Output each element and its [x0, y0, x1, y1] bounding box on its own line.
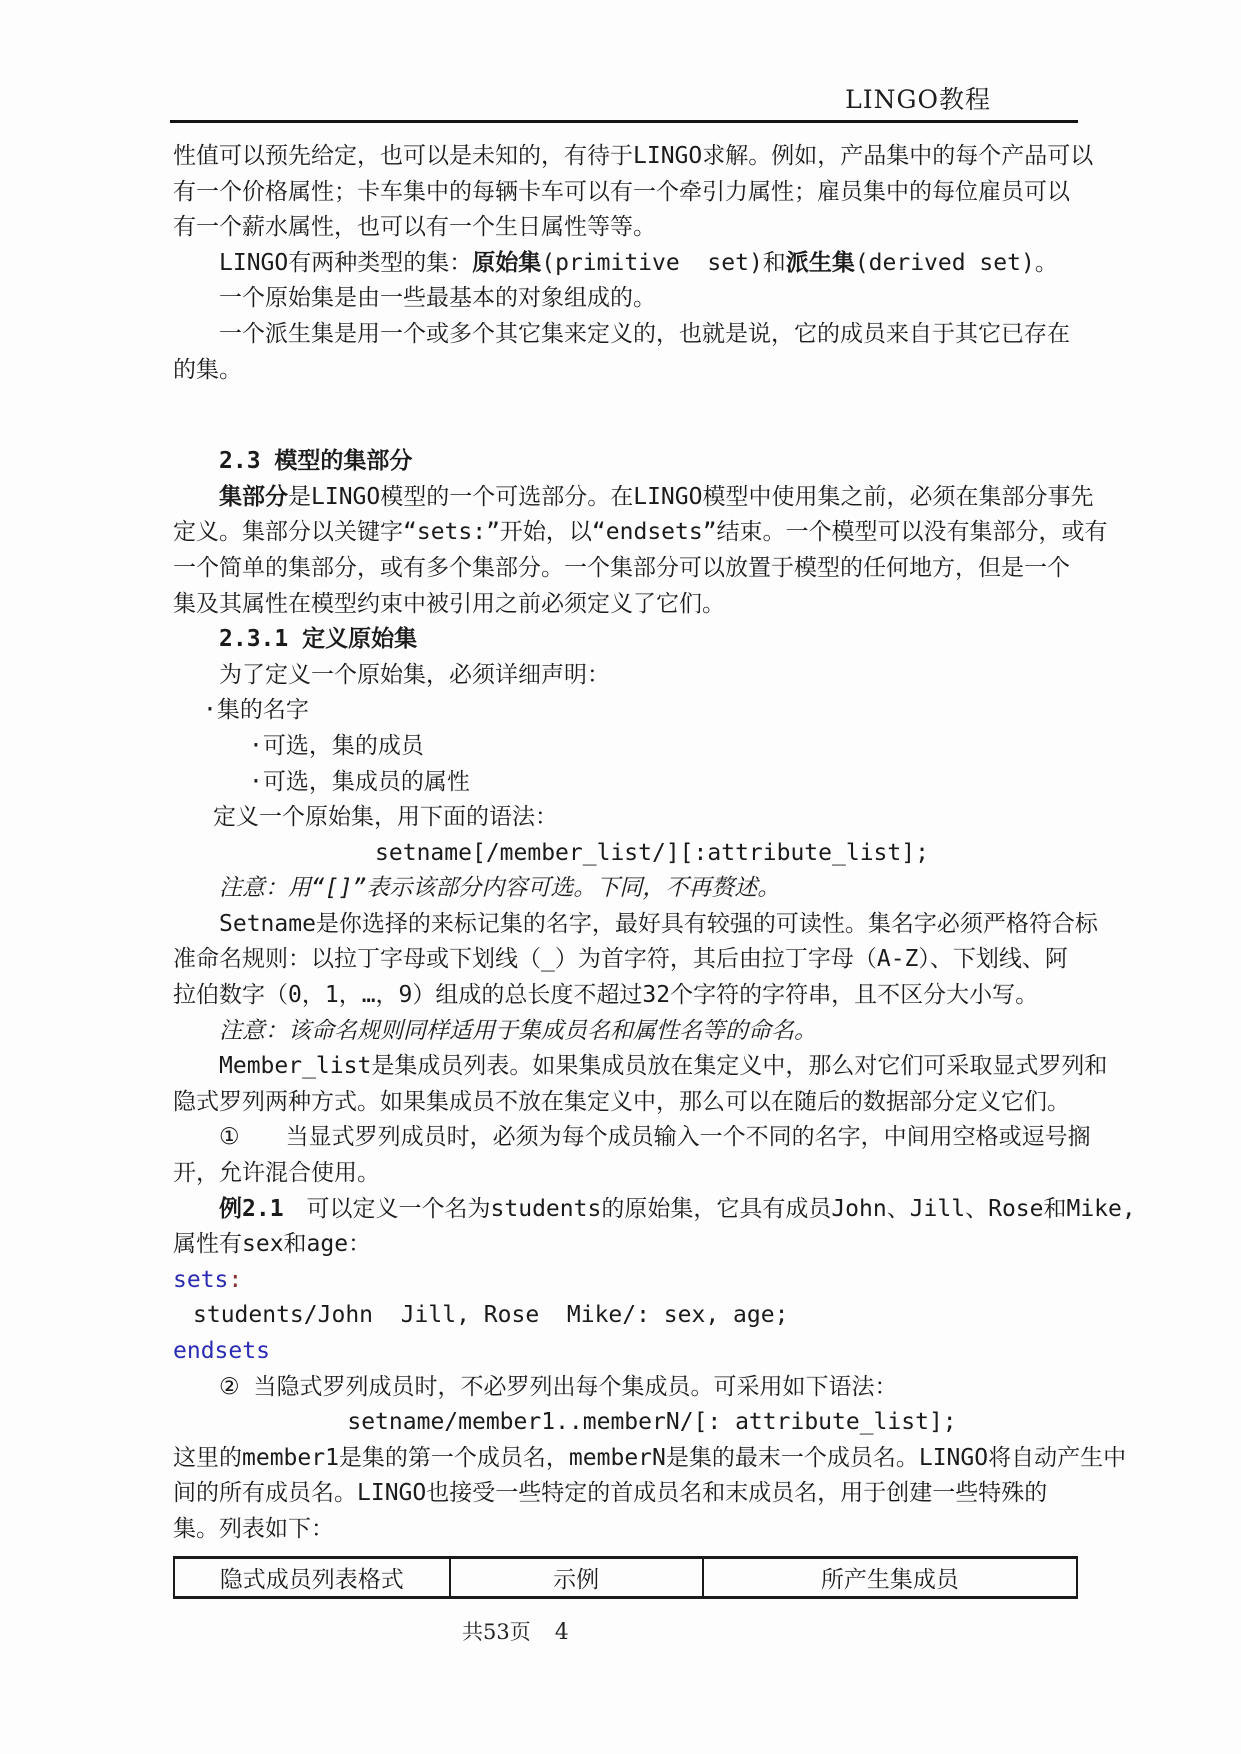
item-explicit-list-1: ① 当显式罗列成员时，必须为每个成员输入一个不同的名字，中间用空格或逗号搁	[173, 1120, 1081, 1156]
text-segment: 拉伯数字（0，1，…，9）组成的总长度不超过32个字符的字符串，且不区分大小写。	[173, 982, 1038, 1008]
text-segment: Setname是你选择的来标记集的名字，最好具有较强的可读性。集名字必须严格符合…	[219, 911, 1098, 937]
para-set-section-3: 一个简单的集部分，或有多个集部分。一个集部分可以放置于模型的任何地方，但是一个	[173, 551, 1081, 587]
text-segment: 的集。	[173, 357, 242, 383]
text-segment: 准命名规则：以拉丁字母或下划线（_）为首字符，其后由拉丁字母（A-Z）、下划线、…	[173, 946, 1068, 972]
para-member-list-1: Member_list是集成员列表。如果集成员放在集定义中，那么对它们可采取显式…	[173, 1049, 1081, 1085]
para-derived-set-1: 一个派生集是用一个或多个其它集来定义的，也就是说，它的成员来自于其它已存在	[173, 317, 1081, 353]
text-segment: ·可选，集的成员	[249, 733, 424, 759]
blank-line	[173, 388, 1081, 444]
para-set-section-1: 集部分是LINGO模型的一个可选部分。在LINGO模型中使用集之前，必须在集部分…	[173, 480, 1081, 516]
table-header-example: 示例	[450, 1557, 703, 1597]
note-naming-rule: 注意：该命名规则同样适用于集成员名和属性名等的命名。	[173, 1014, 1081, 1050]
table-header-format: 隐式成员列表格式	[174, 1557, 450, 1597]
text-segment: 一个简单的集部分，或有多个集部分。一个集部分可以放置于模型的任何地方，但是一个	[173, 555, 1070, 581]
text-segment: ·可选，集成员的属性	[249, 769, 470, 795]
text-segment: (primitive set)和	[541, 250, 786, 276]
text-segment: 集。列表如下：	[173, 1516, 334, 1542]
text-segment: LINGO有两种类型的集：	[219, 250, 472, 276]
para-setname-1: Setname是你选择的来标记集的名字，最好具有较强的可读性。集名字必须严格符合…	[173, 907, 1081, 943]
para-set-types: LINGO有两种类型的集：原始集(primitive set)和派生集(deri…	[173, 246, 1081, 282]
syntax-primitive-set: setname[/member_list/][:attribute_list];	[173, 836, 1081, 872]
para-setname-2: 准命名规则：以拉丁字母或下划线（_）为首字符，其后由拉丁字母（A-Z）、下划线、…	[173, 942, 1081, 978]
note-optional-brackets: 注意：用“[]”表示该部分内容可选。下同，不再赘述。	[173, 871, 1081, 907]
text-segment: 注意：用“[]”表示该部分内容可选。下同，不再赘述。	[219, 875, 780, 901]
para-member-list-2: 隐式罗列两种方式。如果集成员不放在集定义中，那么可以在随后的数据部分定义它们。	[173, 1085, 1081, 1121]
bullet-set-name: ·集的名字	[173, 693, 1081, 729]
code-endsets: endsets	[173, 1334, 1081, 1370]
para-implicit-2: 间的所有成员名。LINGO也接受一些特定的首成员名和末成员名，用于创建一些特殊的	[173, 1476, 1081, 1512]
text-segment: students/John Jill, Rose Mike/: sex, age…	[193, 1302, 788, 1328]
text-segment: ② 当隐式罗列成员时，不必罗列出每个集成员。可采用如下语法：	[219, 1374, 897, 1400]
para-attr-line-1: 性值可以预先给定，也可以是未知的，有待于LINGO求解。例如，产品集中的每个产品…	[173, 139, 1081, 175]
text-segment: 2.3 模型的集部分	[219, 448, 412, 474]
para-set-section-2: 定义。集部分以关键字“sets:”开始，以“endsets”结束。一个模型可以没…	[173, 515, 1081, 551]
para-define-intro: 为了定义一个原始集，必须详细声明：	[173, 658, 1081, 694]
text-segment: 有一个薪水属性，也可以有一个生日属性等等。	[173, 214, 656, 240]
sets-colon: :	[228, 1267, 242, 1293]
text-segment: 是LINGO模型的一个可选部分。在LINGO模型中使用集之前，必须在集部分事先	[288, 484, 1093, 510]
text-segment: 一个派生集是用一个或多个其它集来定义的，也就是说，它的成员来自于其它已存在	[219, 321, 1070, 347]
para-primitive-set: 一个原始集是由一些最基本的对象组成的。	[173, 281, 1081, 317]
text-segment: setname/member1..memberN/[: attribute_li…	[347, 1409, 956, 1435]
table-header-generated-members: 所产生集成员	[703, 1557, 1077, 1597]
bullet-set-members: ·可选，集的成员	[173, 729, 1081, 765]
item-implicit-list: ② 当隐式罗列成员时，不必罗列出每个集成员。可采用如下语法：	[173, 1370, 1081, 1406]
example-2-1-cont: 属性有sex和age：	[173, 1227, 1081, 1263]
text-segment: 集及其属性在模型约束中被引用之前必须定义了它们。	[173, 591, 725, 617]
para-implicit-3: 集。列表如下：	[173, 1512, 1081, 1548]
footer-total-pages: 共53页	[462, 1620, 531, 1644]
text-segment: 定义一个原始集，用下面的语法：	[213, 804, 558, 830]
code-students: students/John Jill, Rose Mike/: sex, age…	[173, 1298, 1081, 1334]
text-segment: 间的所有成员名。LINGO也接受一些特定的首成员名和末成员名，用于创建一些特殊的	[173, 1480, 1047, 1506]
text-segment: 2.3.1 定义原始集	[219, 626, 417, 652]
syntax-implicit-set: setname/member1..memberN/[: attribute_li…	[173, 1405, 1081, 1441]
text-segment: 隐式罗列两种方式。如果集成员不放在集定义中，那么可以在随后的数据部分定义它们。	[173, 1089, 1070, 1115]
para-derived-set-2: 的集。	[173, 353, 1081, 389]
item-explicit-list-2: 开，允许混合使用。	[173, 1156, 1081, 1192]
para-syntax-intro: 定义一个原始集，用下面的语法：	[173, 800, 1081, 836]
heading-2-3-1: 2.3.1 定义原始集	[173, 622, 1081, 658]
text-segment: 为了定义一个原始集，必须详细声明：	[219, 662, 610, 688]
para-set-section-4: 集及其属性在模型约束中被引用之前必须定义了它们。	[173, 587, 1081, 623]
header-rule	[170, 120, 1078, 123]
example-2-1: 例2.1 可以定义一个名为students的原始集，它具有成员John、Jill…	[173, 1192, 1081, 1228]
text-segment: 原始集	[472, 250, 541, 276]
text-segment: 例2.1	[219, 1196, 284, 1222]
text-segment: 有一个价格属性；卡车集中的每辆卡车可以有一个牵引力属性；雇员集中的每位雇员可以	[173, 179, 1070, 205]
para-implicit-1: 这里的member1是集的第一个成员名，memberN是集的最末一个成员名。LI…	[173, 1441, 1081, 1477]
page-header-title: LINGO教程	[845, 80, 991, 116]
code-sets: sets:	[173, 1263, 1081, 1299]
text-segment: 定义。集部分以关键字“sets:”开始，以“endsets”结束。一个模型可以没…	[173, 519, 1108, 545]
text-segment: 一个原始集是由一些最基本的对象组成的。	[219, 285, 656, 311]
implicit-member-table: 隐式成员列表格式 示例 所产生集成员	[173, 1556, 1078, 1599]
text-segment: 注意：该命名规则同样适用于集成员名和属性名等的命名。	[219, 1018, 817, 1044]
para-attr-line-3: 有一个薪水属性，也可以有一个生日属性等等。	[173, 210, 1081, 246]
page-footer: 共53页4	[462, 1616, 569, 1646]
bullet-set-attributes: ·可选，集成员的属性	[173, 765, 1081, 801]
para-setname-3: 拉伯数字（0，1，…，9）组成的总长度不超过32个字符的字符串，且不区分大小写。	[173, 978, 1081, 1014]
footer-page-number: 4	[555, 1620, 569, 1645]
text-segment: 派生集	[786, 250, 855, 276]
table-header-row: 隐式成员列表格式 示例 所产生集成员	[174, 1557, 1077, 1597]
keyword-sets: sets	[173, 1267, 228, 1293]
text-segment: 开，允许混合使用。	[173, 1160, 380, 1186]
text-segment: 这里的member1是集的第一个成员名，memberN是集的最末一个成员名。LI…	[173, 1445, 1126, 1471]
text-segment: 可以定义一个名为students的原始集，它具有成员John、Jill、Rose…	[284, 1196, 1136, 1222]
text-segment: setname[/member_list/][:attribute_list];	[375, 840, 929, 866]
document-page: LINGO教程 性值可以预先给定，也可以是未知的，有待于LINGO求解。例如，产…	[0, 0, 1241, 1754]
text-segment: (derived set)。	[855, 250, 1058, 276]
para-attr-line-2: 有一个价格属性；卡车集中的每辆卡车可以有一个牵引力属性；雇员集中的每位雇员可以	[173, 175, 1081, 211]
text-segment: 集部分	[219, 484, 288, 510]
keyword-endsets: endsets	[173, 1338, 270, 1364]
heading-2-3: 2.3 模型的集部分	[173, 444, 1081, 480]
content-lines: 性值可以预先给定，也可以是未知的，有待于LINGO求解。例如，产品集中的每个产品…	[173, 139, 1081, 1548]
text-segment: 性值可以预先给定，也可以是未知的，有待于LINGO求解。例如，产品集中的每个产品…	[173, 143, 1093, 169]
text-segment: 属性有sex和age：	[173, 1231, 371, 1257]
content-area: 性值可以预先给定，也可以是未知的，有待于LINGO求解。例如，产品集中的每个产品…	[173, 139, 1081, 1599]
text-segment: Member_list是集成员列表。如果集成员放在集定义中，那么对它们可采取显式…	[219, 1053, 1107, 1079]
text-segment: ① 当显式罗列成员时，必须为每个成员输入一个不同的名字，中间用空格或逗号搁	[219, 1124, 1091, 1150]
text-segment: ·集的名字	[203, 697, 309, 723]
